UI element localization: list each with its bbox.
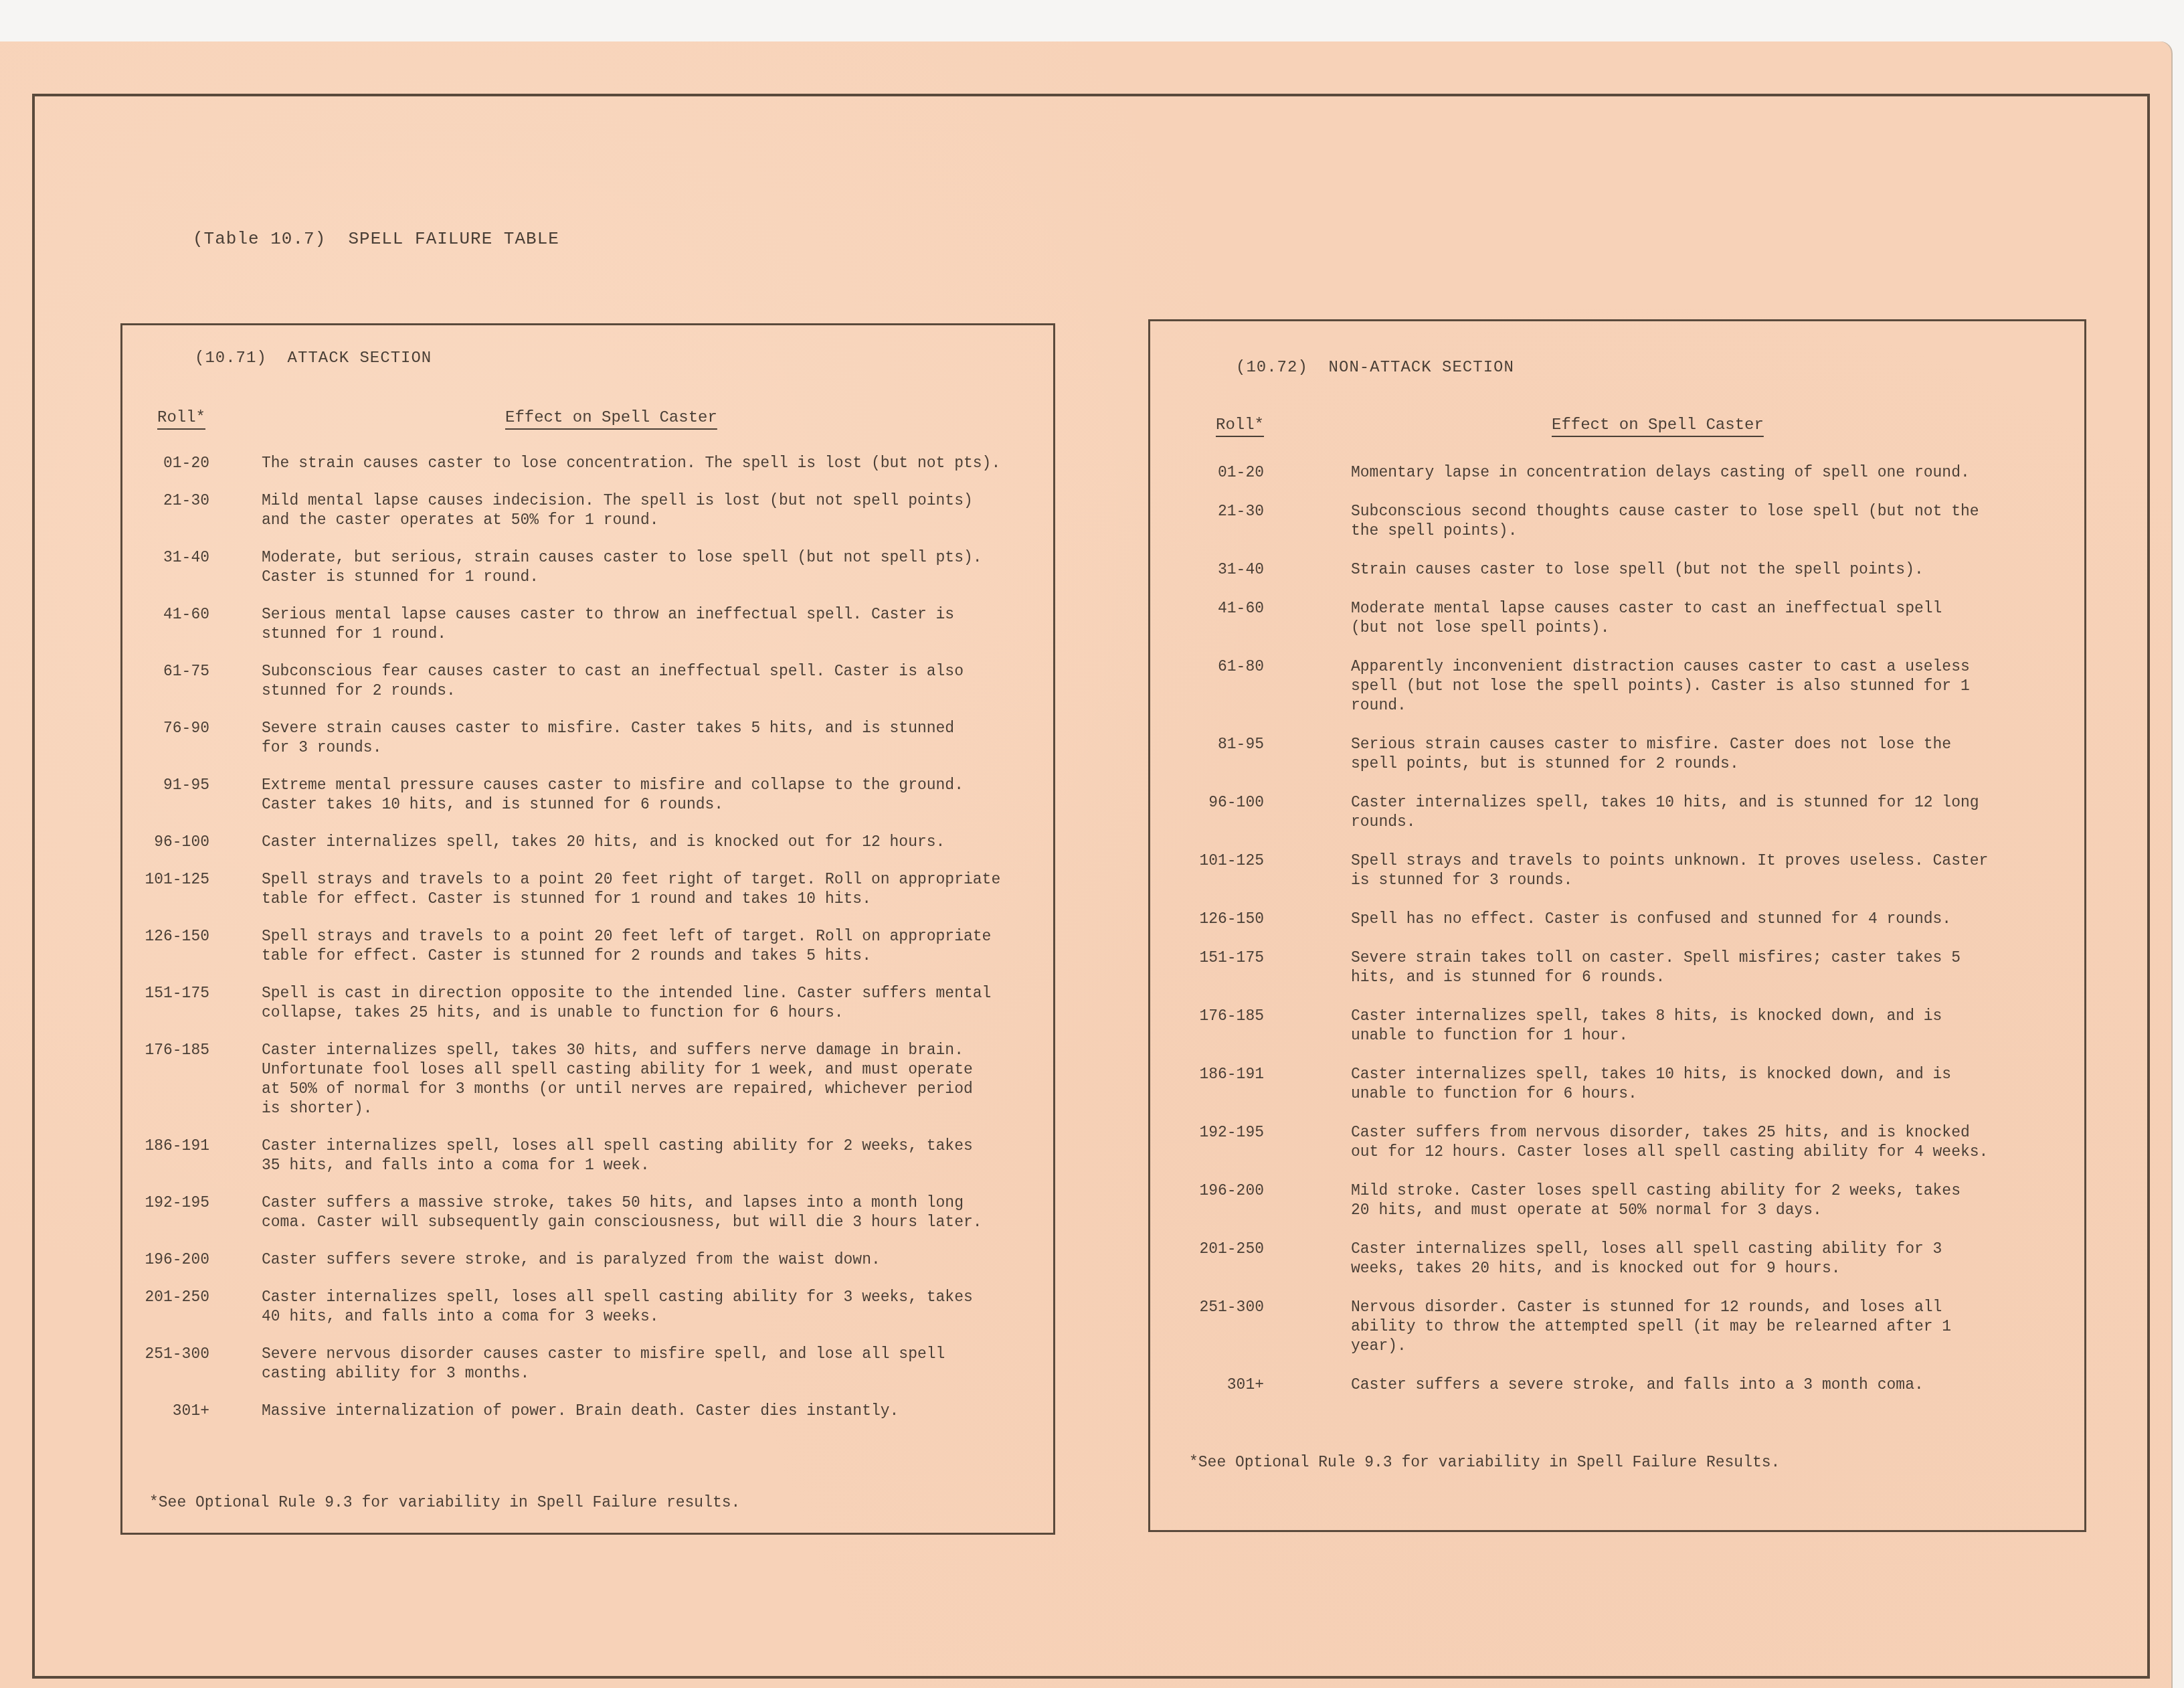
roll-range: 201-250 (1150, 1240, 1264, 1278)
table-row: 01-20The strain causes caster to lose co… (122, 454, 1053, 473)
effect-text: Caster internalizes spell, loses all spe… (262, 1288, 1048, 1327)
roll-range: 41-60 (122, 605, 209, 644)
table-row: 126-150Spell strays and travels to a poi… (122, 927, 1053, 966)
page-title: (Table 10.7) SPELL FAILURE TABLE (193, 229, 559, 249)
effect-text: Caster suffers a massive stroke, takes 5… (262, 1193, 1048, 1232)
effect-text: Caster internalizes spell, takes 30 hits… (262, 1041, 1048, 1118)
effect-text: The strain causes caster to lose concent… (262, 454, 1048, 473)
roll-range: 61-80 (1150, 657, 1264, 715)
effect-text: Caster internalizes spell, takes 8 hits,… (1351, 1007, 2027, 1045)
table-row: 176-185Caster internalizes spell, takes … (122, 1041, 1053, 1118)
table-rows: 01-20Momentary lapse in concentration de… (1150, 463, 2084, 1414)
table-row: 251-300Severe nervous disorder causes ca… (122, 1345, 1053, 1383)
column-header-effect: Effect on Spell Caster (505, 409, 717, 427)
effect-text: Caster internalizes spell, takes 10 hits… (1351, 793, 2027, 832)
table-row: 96-100Caster internalizes spell, takes 1… (1150, 793, 2084, 832)
effect-text: Strain causes caster to lose spell (but … (1351, 560, 2027, 580)
roll-range: 192-195 (1150, 1123, 1264, 1162)
roll-range: 21-30 (122, 491, 209, 530)
table-row: 186-191Caster internalizes spell, takes … (1150, 1065, 2084, 1104)
effect-text: Serious strain causes caster to misfire.… (1351, 735, 2027, 774)
effect-text: Mild mental lapse causes indecision. The… (262, 491, 1048, 530)
non-attack-section: (10.72) NON-ATTACK SECTION Roll* Effect … (1148, 319, 2086, 1532)
roll-range: 251-300 (1150, 1298, 1264, 1356)
section-title: (10.71) ATTACK SECTION (195, 349, 432, 367)
table-row: 31-40Strain causes caster to lose spell … (1150, 560, 2084, 580)
roll-range: 192-195 (122, 1193, 209, 1232)
roll-range: 151-175 (1150, 948, 1264, 987)
roll-range: 91-95 (122, 776, 209, 815)
effect-text: Caster internalizes spell, takes 10 hits… (1351, 1065, 2027, 1104)
section-title: (10.72) NON-ATTACK SECTION (1236, 359, 1514, 377)
table-row: 151-175Severe strain takes toll on caste… (1150, 948, 2084, 987)
roll-range: 81-95 (1150, 735, 1264, 774)
table-row: 96-100Caster internalizes spell, takes 2… (122, 833, 1053, 852)
effect-text: Spell is cast in direction opposite to t… (262, 984, 1048, 1023)
roll-range: 301+ (122, 1402, 209, 1421)
effect-text: Caster suffers severe stroke, and is par… (262, 1250, 1048, 1270)
table-row: 201-250Caster internalizes spell, loses … (122, 1288, 1053, 1327)
roll-range: 01-20 (122, 454, 209, 473)
roll-range: 251-300 (122, 1345, 209, 1383)
table-row: 201-250Caster internalizes spell, loses … (1150, 1240, 2084, 1278)
roll-range: 176-185 (122, 1041, 209, 1118)
roll-range: 31-40 (122, 548, 209, 587)
roll-range: 41-60 (1150, 599, 1264, 638)
roll-range: 186-191 (1150, 1065, 1264, 1104)
table-row: 41-60Moderate mental lapse causes caster… (1150, 599, 2084, 638)
effect-text: Spell has no effect. Caster is confused … (1351, 910, 2027, 929)
roll-range: 151-175 (122, 984, 209, 1023)
table-row: 251-300Nervous disorder. Caster is stunn… (1150, 1298, 2084, 1356)
roll-range: 176-185 (1150, 1007, 1264, 1045)
effect-text: Extreme mental pressure causes caster to… (262, 776, 1048, 815)
roll-range: 126-150 (1150, 910, 1264, 929)
table-row: 176-185Caster internalizes spell, takes … (1150, 1007, 2084, 1045)
roll-range: 201-250 (122, 1288, 209, 1327)
roll-range: 101-125 (1150, 851, 1264, 890)
roll-range: 01-20 (1150, 463, 1264, 483)
effect-text: Moderate mental lapse causes caster to c… (1351, 599, 2027, 638)
roll-range: 101-125 (122, 870, 209, 909)
roll-range: 96-100 (1150, 793, 1264, 832)
table-row: 31-40Moderate, but serious, strain cause… (122, 548, 1053, 587)
roll-range: 301+ (1150, 1375, 1264, 1395)
roll-range: 196-200 (1150, 1181, 1264, 1220)
effect-text: Subconscious fear causes caster to cast … (262, 662, 1048, 701)
roll-range: 76-90 (122, 719, 209, 758)
roll-range: 196-200 (122, 1250, 209, 1270)
column-header-roll: Roll* (1216, 416, 1264, 434)
effect-text: Spell strays and travels to a point 20 f… (262, 870, 1048, 909)
column-header-roll: Roll* (157, 409, 205, 427)
table-row: 61-80Apparently inconvenient distraction… (1150, 657, 2084, 715)
table-row: 81-95Serious strain causes caster to mis… (1150, 735, 2084, 774)
footnote: *See Optional Rule 9.3 for variability i… (1189, 1454, 1780, 1471)
attack-section: (10.71) ATTACK SECTION Roll* Effect on S… (120, 323, 1055, 1535)
effect-text: Apparently inconvenient distraction caus… (1351, 657, 2027, 715)
effect-text: Serious mental lapse causes caster to th… (262, 605, 1048, 644)
effect-text: Severe nervous disorder causes caster to… (262, 1345, 1048, 1383)
table-row: 61-75Subconscious fear causes caster to … (122, 662, 1053, 701)
roll-range: 96-100 (122, 833, 209, 852)
column-header-effect: Effect on Spell Caster (1552, 416, 1764, 434)
table-rows: 01-20The strain causes caster to lose co… (122, 454, 1053, 1439)
effect-text: Momentary lapse in concentration delays … (1351, 463, 2027, 483)
footnote: *See Optional Rule 9.3 for variability i… (149, 1494, 740, 1511)
effect-text: Caster internalizes spell, loses all spe… (262, 1136, 1048, 1175)
table-row: 101-125Spell strays and travels to point… (1150, 851, 2084, 890)
effect-text: Nervous disorder. Caster is stunned for … (1351, 1298, 2027, 1356)
table-row: 126-150Spell has no effect. Caster is co… (1150, 910, 2084, 929)
effect-text: Caster suffers from nervous disorder, ta… (1351, 1123, 2027, 1162)
effect-text: Caster suffers a severe stroke, and fall… (1351, 1375, 2027, 1395)
table-row: 196-200Mild stroke. Caster loses spell c… (1150, 1181, 2084, 1220)
table-row: 101-125Spell strays and travels to a poi… (122, 870, 1053, 909)
table-row: 41-60Serious mental lapse causes caster … (122, 605, 1053, 644)
table-row: 192-195Caster suffers a massive stroke, … (122, 1193, 1053, 1232)
effect-text: Subconscious second thoughts cause caste… (1351, 502, 2027, 541)
table-row: 91-95Extreme mental pressure causes cast… (122, 776, 1053, 815)
table-row: 21-30Subconscious second thoughts cause … (1150, 502, 2084, 541)
table-row: 301+Caster suffers a severe stroke, and … (1150, 1375, 2084, 1395)
effect-text: Mild stroke. Caster loses spell casting … (1351, 1181, 2027, 1220)
table-row: 192-195Caster suffers from nervous disor… (1150, 1123, 2084, 1162)
effect-text: Spell strays and travels to points unkno… (1351, 851, 2027, 890)
effect-text: Severe strain causes caster to misfire. … (262, 719, 1048, 758)
table-row: 01-20Momentary lapse in concentration de… (1150, 463, 2084, 483)
roll-range: 61-75 (122, 662, 209, 701)
table-row: 186-191Caster internalizes spell, loses … (122, 1136, 1053, 1175)
effect-text: Moderate, but serious, strain causes cas… (262, 548, 1048, 587)
table-row: 301+Massive internalization of power. Br… (122, 1402, 1053, 1421)
roll-range: 126-150 (122, 927, 209, 966)
effect-text: Massive internalization of power. Brain … (262, 1402, 1048, 1421)
effect-text: Caster internalizes spell, takes 20 hits… (262, 833, 1048, 852)
effect-text: Severe strain takes toll on caster. Spel… (1351, 948, 2027, 987)
roll-range: 31-40 (1150, 560, 1264, 580)
effect-text: Spell strays and travels to a point 20 f… (262, 927, 1048, 966)
table-row: 76-90Severe strain causes caster to misf… (122, 719, 1053, 758)
table-row: 21-30Mild mental lapse causes indecision… (122, 491, 1053, 530)
roll-range: 21-30 (1150, 502, 1264, 541)
table-row: 151-175Spell is cast in direction opposi… (122, 984, 1053, 1023)
table-row: 196-200Caster suffers severe stroke, and… (122, 1250, 1053, 1270)
effect-text: Caster internalizes spell, loses all spe… (1351, 1240, 2027, 1278)
roll-range: 186-191 (122, 1136, 209, 1175)
